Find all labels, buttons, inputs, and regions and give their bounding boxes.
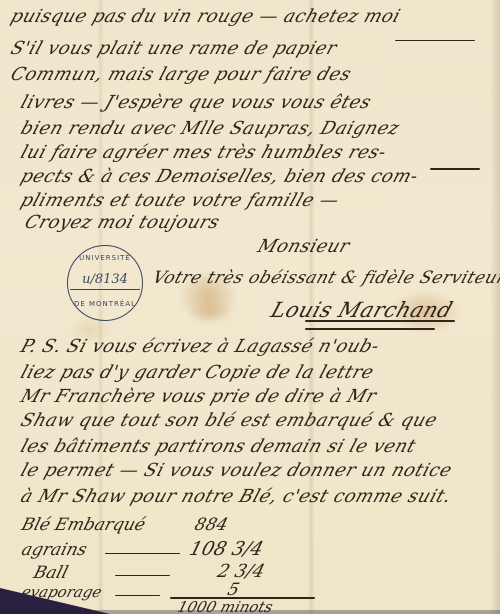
body-line: pects & à ces Demoiselles, bien des com- bbox=[18, 166, 421, 187]
body-line: lui faire agréer mes très humbles res- bbox=[18, 142, 389, 163]
dash-stroke bbox=[430, 168, 480, 170]
ps-line: à Mr Shaw pour notre Blé, c'est comme su… bbox=[18, 486, 454, 507]
stamp-divider bbox=[70, 289, 140, 290]
leader-line bbox=[115, 595, 160, 596]
closing-formula: Votre très obéissant & fidèle Serviteur bbox=[150, 268, 500, 288]
stamp-number: u/8134 bbox=[68, 272, 142, 287]
leader-line bbox=[115, 575, 170, 576]
account-value: 108 3/4 bbox=[187, 538, 266, 560]
signature-underline bbox=[305, 320, 455, 322]
letter-page: puisque pas du vin rouge — achetez moi S… bbox=[0, 0, 500, 614]
body-line: puisque pas du vin rouge — achetez moi bbox=[8, 6, 403, 27]
ps-line: le permet — Si vous voulez donner un not… bbox=[18, 460, 455, 481]
signature-underline bbox=[305, 328, 435, 330]
account-value: 884 bbox=[192, 515, 230, 535]
ps-line: les bâtiments partirons demain si le ven… bbox=[18, 436, 419, 457]
ps-line: Mr Franchère vous prie de dire à Mr bbox=[18, 386, 379, 407]
account-label: agrains bbox=[19, 540, 89, 560]
body-line: S'il vous plait une rame de papier bbox=[8, 38, 340, 59]
ps-line: liez pas d'y garder Copie de la lettre bbox=[18, 362, 377, 383]
scan-bottom-edge bbox=[0, 610, 500, 614]
ps-line: Shaw que tout son blé est embarqué & que bbox=[18, 410, 440, 431]
body-line: Croyez moi toujours bbox=[22, 212, 222, 233]
account-label: Blé Embarqué bbox=[19, 515, 147, 535]
body-line: bien rendu avec Mlle Saupras, Daignez bbox=[18, 118, 402, 139]
body-line: pliments et toute votre famille — bbox=[18, 190, 342, 211]
stamp-top-text: UNIVERSITÉ bbox=[68, 254, 142, 262]
salutation: Monsieur bbox=[255, 236, 353, 257]
account-label: Ball bbox=[31, 563, 70, 583]
stamp-bottom-text: DE MONTRÉAL bbox=[68, 300, 142, 308]
signature: Louis Marchand bbox=[268, 298, 456, 322]
paper-edge-shadow bbox=[490, 0, 500, 614]
university-stamp: UNIVERSITÉ u/8134 DE MONTRÉAL bbox=[67, 245, 143, 321]
account-value: 2 3/4 bbox=[215, 561, 267, 582]
leader-line bbox=[105, 553, 180, 554]
flourish bbox=[395, 40, 475, 41]
body-line: livres — J'espère que vous vous êtes bbox=[18, 92, 374, 113]
body-line: Commun, mais large pour faire des bbox=[8, 64, 354, 85]
ps-line: P. S. Si vous écrivez à Lagassé n'oub- bbox=[18, 336, 382, 357]
